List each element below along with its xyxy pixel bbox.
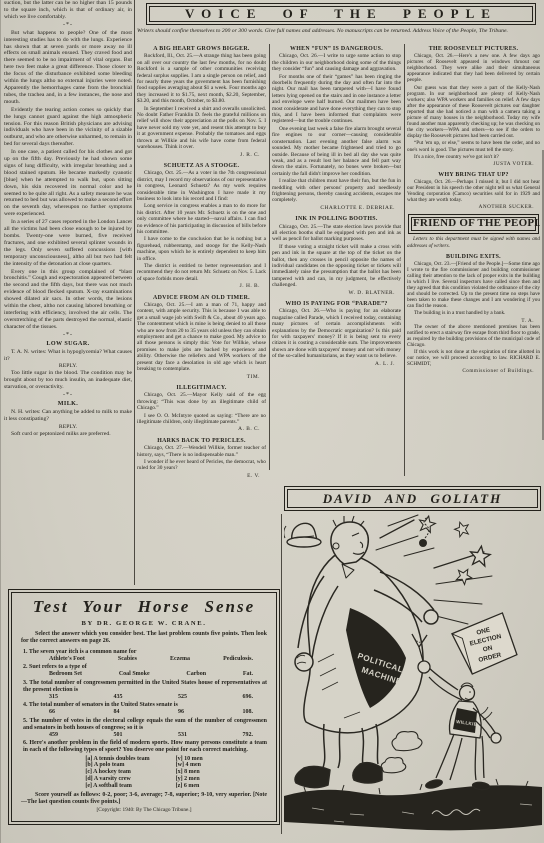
matching-item: [x] 8 men	[176, 769, 203, 776]
letter: SCHUETZ AS A STOOGE. Chicago, Oct. 25.—A…	[137, 163, 266, 290]
health-lead-paragraph: suction, but the latter can be no higher…	[4, 0, 132, 21]
letter-heading: THE ROOSEVELT PICTURES.	[407, 46, 540, 52]
voice-column-2: WHEN “FUN” IS DANGEROUS. Chicago, Oct. 2…	[272, 46, 401, 470]
letter-heading: WHO IS PAYING FOR “PARADE”?	[272, 301, 401, 307]
letter-heading: WHEN “FUN” IS DANGEROUS.	[272, 46, 401, 52]
paragraph: The district is entitled to better repre…	[137, 263, 266, 282]
letter: THE ROOSEVELT PICTURES. Chicago, Oct. 26…	[407, 46, 540, 167]
quiz-option: 315	[49, 694, 58, 701]
letter-body: Rockford, Ill., Oct. 25.—A strange thing…	[137, 53, 266, 150]
matching-item: [c] A hockey team	[85, 769, 149, 776]
letter: HARKS BACK TO PERICLES. Chicago, Oct. 27…	[137, 438, 266, 479]
paragraph: I wonder if he ever heard of Pericles, t…	[137, 459, 266, 472]
health-reader-question: T. A. N. writes: What is hypoglycemia? W…	[4, 349, 132, 363]
section-divider-ornament: -*-	[4, 332, 132, 339]
quiz-option: 501	[114, 732, 123, 739]
letter-body: Chicago, Oct. 26.—Who is paying for an e…	[272, 308, 401, 359]
paragraph: Chicago, Oct. 25.—I am a man of 71, happ…	[137, 302, 266, 372]
column-rule	[269, 44, 270, 470]
letter: WHEN “FUN” IS DANGEROUS. Chicago, Oct. 2…	[272, 46, 401, 211]
letter-heading: WHY BRING THAT UP?	[407, 172, 540, 178]
health-column: suction, but the latter can be no higher…	[4, 0, 132, 582]
quiz-question-text: 3. The total number of congressmen permi…	[21, 680, 267, 694]
quiz-option: 792.	[243, 732, 254, 739]
column-rule	[134, 0, 135, 585]
paragraph: I have come to the conclusion that he is…	[137, 236, 266, 262]
letter-body: Chicago, Oct. 25.—Mayor Kelly said of th…	[137, 392, 266, 425]
letter-body: Chicago, Oct. 27.—Wendell Willkie, forme…	[137, 445, 266, 472]
letter-heading: ILLEGITIMACY.	[137, 385, 266, 391]
quiz-option: 531	[178, 732, 187, 739]
letter-heading: HARKS BACK TO PERICLES.	[137, 438, 266, 444]
matching-item: [v] 10 men	[176, 756, 203, 763]
quiz-option: Scabies	[118, 656, 137, 663]
health-reply-text: Soft curd or peptonized milks are prefer…	[4, 431, 132, 438]
quiz-options: Bedroom SetCoal SmokeCarbonFat.	[21, 671, 267, 678]
matching-item: [z] 6 men	[176, 783, 203, 790]
paragraph: Chicago, Oct. 23.—[Friend of the People.…	[407, 261, 540, 310]
letter-heading: BUILDING EXITS.	[407, 254, 540, 260]
letter-signature: A. B. C.	[137, 426, 266, 432]
paragraph: Chicago, Oct. 26.—Who is paying for an e…	[272, 308, 401, 359]
paragraph: For months one of their “games” has been…	[272, 74, 401, 125]
paragraph: It's a nice, free country we've got isn'…	[407, 154, 540, 160]
quiz-question: 6. Here's another problem in the field o…	[21, 740, 267, 754]
quiz-question-text: 1. The seven year itch is a common name …	[21, 649, 267, 656]
paragraph: In September I received a shirt and over…	[137, 106, 266, 151]
letter: WHO IS PAYING FOR “PARADE”? Chicago, Oct…	[272, 301, 401, 367]
paragraph: Rockford, Ill., Oct. 25.—A strange thing…	[137, 53, 266, 104]
quiz-question: 1. The seven year itch is a common name …	[21, 649, 267, 663]
quiz-option: 84	[114, 709, 120, 716]
quiz-byline: BY DR. GEORGE W. CRANE.	[21, 620, 267, 627]
quiz-option: Bedroom Set	[49, 671, 82, 678]
quiz-scoring-note: Score yourself as follows: 0-2, poor; 3-…	[21, 792, 267, 806]
letter-body: Chicago, Oct. 25.—The state election law…	[272, 224, 401, 289]
quiz-question: 5. The number of votes in the electoral …	[21, 718, 267, 740]
flying-hat	[284, 523, 321, 547]
quiz-instructions: Select the answer which you consider bes…	[21, 631, 267, 646]
quiz-copyright: [Copyright: 1940: By The Chicago Tribune…	[21, 807, 267, 813]
health-article-body: But what happens to people? One of the m…	[4, 30, 132, 331]
official-reply: The owner of the above mentioned premise…	[407, 324, 540, 375]
reply-label: REPLY.	[4, 363, 132, 370]
political-cartoon-drawing: POLITICAL MACHINES ONE ELECTION ON ORDER	[284, 512, 542, 843]
quiz-option: Pediculosis.	[223, 656, 253, 663]
paragraph: Long service in congress enables a man t…	[137, 203, 266, 235]
letter-signature: Commissioner of Buildings.	[407, 368, 540, 374]
quiz-question-text: 5. The number of votes in the electoral …	[21, 718, 267, 732]
quiz-question-text: 4. The total number of senators in the U…	[21, 702, 267, 709]
section-divider-ornament: -*-	[4, 392, 132, 399]
paragraph: Chicago, Oct. 25.—The state election law…	[272, 224, 401, 243]
scan-artifact	[0, 0, 1, 843]
letter-body: Chicago, Oct. 26.—I write to urge some a…	[272, 53, 401, 203]
quiz-question: 4. The total number of senators in the U…	[21, 702, 267, 716]
voice-of-the-people-masthead: VOICE OF THE PEOPLE	[146, 3, 536, 25]
quiz-question: 3. The total number of congressmen permi…	[21, 680, 267, 702]
submission-notice: Writers should confine themselves to 200…	[137, 28, 540, 35]
letter-signature: J. R. C.	[137, 152, 266, 158]
quiz-option: Coal Smoke	[119, 671, 150, 678]
paragraph: I see O. O. McIntyre quoted as saying: “…	[137, 413, 266, 426]
quiz-option: 66	[49, 709, 55, 716]
quiz-options: 315435525696.	[21, 694, 267, 701]
letter-heading: A BIG HEART GROWS BIGGER.	[137, 46, 266, 52]
section-divider-ornament: -*-	[4, 22, 132, 29]
health-paragraph: But what happens to people? One of the m…	[4, 30, 132, 106]
letter: ADVICE FROM AN OLD TIMER. Chicago, Oct. …	[137, 295, 266, 380]
quiz-title: Test Your Horse Sense	[21, 597, 267, 617]
section-title: FRIEND OF THE PEOPLE	[413, 217, 540, 229]
column-rule	[404, 44, 405, 476]
paragraph: I realize that children must have their …	[272, 178, 401, 204]
health-paragraph: Evidently the tearing action comes so qu…	[4, 107, 132, 148]
quiz-option: 96	[178, 709, 184, 716]
matching-item: [a] A tennis doubles team	[85, 756, 149, 763]
page-title: VOICE OF THE PEOPLE	[185, 6, 497, 22]
dust-clouds	[381, 732, 422, 773]
quiz-option: Carbon	[186, 671, 206, 678]
matching-item: [e] A softball team	[85, 783, 149, 790]
health-section-heading: MILK.	[4, 401, 132, 408]
matching-counts-column: [v] 10 men[w] 4 men[x] 8 men[y] 2 men[z]…	[176, 756, 203, 790]
cartoon-masthead: DAVID AND GOLIATH	[284, 486, 541, 511]
newspaper-page: suction, but the latter can be no higher…	[0, 0, 544, 843]
impact-stars	[418, 514, 492, 586]
quiz-options: Athlete's FootScabiesEczemaPediculosis.	[21, 656, 267, 663]
letter: BUILDING EXITS. Chicago, Oct. 23.—[Frien…	[407, 254, 540, 324]
quiz-option: Athlete's Foot	[49, 656, 85, 663]
matching-item: [w] 4 men	[176, 762, 203, 769]
health-section-heading: LOW SUGAR.	[4, 341, 132, 348]
paragraph: Chicago, Oct. 25.—As a voter in the 7th …	[137, 170, 266, 202]
health-paragraph: Every one in this group complained of “b…	[4, 269, 132, 331]
letter-body: Chicago, Oct. 25.—I am a man of 71, happ…	[137, 302, 266, 372]
quiz-question: 2. Suet refers to a type of Bedroom SetC…	[21, 664, 267, 678]
quiz-option: 459	[49, 732, 58, 739]
letter-heading: INK IN POLLING BOOTHS.	[272, 216, 401, 222]
quiz-options: 459501531792.	[21, 732, 267, 739]
letter-signature: A. L. J.	[272, 361, 401, 367]
voice-column-3: THE ROOSEVELT PICTURES. Chicago, Oct. 26…	[407, 46, 540, 484]
column-rule	[281, 514, 282, 834]
letter-body: Chicago, Oct. 25.—As a voter in the 7th …	[137, 170, 266, 282]
letter-signature: W. D. BLATNER.	[272, 290, 401, 296]
letter: ILLEGITIMACY. Chicago, Oct. 25.—Mayor Ke…	[137, 385, 266, 433]
paragraph: If those voting a straight ticket will m…	[272, 244, 401, 289]
letter: A BIG HEART GROWS BIGGER. Rockford, Ill.…	[137, 46, 266, 158]
health-paragraph: In a series of 27 cases reported in the …	[4, 219, 132, 267]
health-reply-text: Too little sugar in the blood. The condi…	[4, 370, 132, 391]
paragraph: Chicago, Oct. 27.—Wendell Willkie, forme…	[137, 445, 266, 458]
paragraph: Chicago, Oct. 26.—Here's a new one. A fe…	[407, 53, 540, 83]
quiz-matching-table: [a] A tennis doubles team[b] A polo team…	[21, 756, 267, 790]
letter-signature: TIM.	[137, 374, 266, 380]
paragraph: Chicago, Oct. 26.—I write to urge some a…	[272, 53, 401, 72]
quiz-option: Fat.	[243, 671, 253, 678]
letter-signature: CHARLOTTE E. DEBRIAE.	[272, 205, 401, 211]
matching-item: [y] 2 men	[176, 776, 203, 783]
letter-body: Chicago, Oct. 23.—[Friend of the People.…	[407, 261, 540, 317]
paragraph: The owner of the above mentioned premise…	[407, 324, 540, 348]
letter-heading: SCHUETZ AS A STOOGE.	[137, 163, 266, 169]
quiz-options: 668496108.	[21, 709, 267, 716]
cartoon-title: DAVID AND GOLIATH	[323, 491, 502, 507]
letter-body: Chicago, Oct. 26.—Perhaps I missed it, b…	[407, 179, 540, 203]
matching-item: [d] A varsity crew	[85, 776, 149, 783]
letter-signature: E. V.	[137, 473, 266, 479]
friend-of-the-people-masthead: FRIEND OF THE PEOPLE	[408, 214, 539, 234]
paragraph: “Put 'em up, or else,” seems to have bee…	[407, 140, 540, 152]
paragraph: Our guess was that they were a part of t…	[407, 85, 540, 140]
letter-heading: ADVICE FROM AN OLD TIMER.	[137, 295, 266, 301]
quiz-option: 435	[114, 694, 123, 701]
matching-item: [b] A polo team	[85, 762, 149, 769]
quiz-question-text: 2. Suet refers to a type of	[21, 664, 267, 671]
health-reader-question: N. H. writes: Can anything be added to m…	[4, 409, 132, 423]
health-paragraph: In one case, a patient called for his cl…	[4, 149, 132, 218]
goliath-figure: POLITICAL MACHINES	[295, 516, 438, 788]
voice-column-1: A BIG HEART GROWS BIGGER. Rockford, Ill.…	[137, 46, 266, 582]
letter-body: Chicago, Oct. 26.—Here's a new one. A fe…	[407, 53, 540, 160]
friend-submission-notice: Letters to this department must be signe…	[407, 236, 540, 248]
letter: INK IN POLLING BOOTHS. Chicago, Oct. 25.…	[272, 216, 401, 296]
quiz-option: 108.	[243, 709, 254, 716]
horse-sense-quiz-box: Test Your Horse Sense BY DR. GEORGE W. C…	[8, 589, 280, 825]
paragraph: The building is in a trust handled by a …	[407, 310, 540, 316]
quiz-option: 525	[178, 694, 187, 701]
letter-signature: J. H. B.	[137, 283, 266, 289]
letter: WHY BRING THAT UP? Chicago, Oct. 26.—Per…	[407, 172, 540, 211]
quiz-question-text: 6. Here's another problem in the field o…	[21, 740, 267, 754]
quiz-option: 696.	[243, 694, 254, 701]
quiz-option: Eczema	[170, 656, 190, 663]
letter-body: The owner of the above mentioned premise…	[407, 324, 540, 368]
letter-signature: ANOTHER SUCKER.	[407, 204, 540, 210]
reply-label: REPLY.	[4, 424, 132, 431]
paragraph: Chicago, Oct. 26.—Perhaps I missed it, b…	[407, 179, 540, 203]
matching-teams-column: [a] A tennis doubles team[b] A polo team…	[85, 756, 149, 790]
letter-signature: JUSTA VOTER.	[407, 161, 540, 167]
paragraph: One evening last week a false fire alarm…	[272, 126, 401, 177]
paragraph: Chicago, Oct. 25.—Mayor Kelly said of th…	[137, 392, 266, 411]
paragraph: If this work is not done at the expirati…	[407, 349, 540, 367]
